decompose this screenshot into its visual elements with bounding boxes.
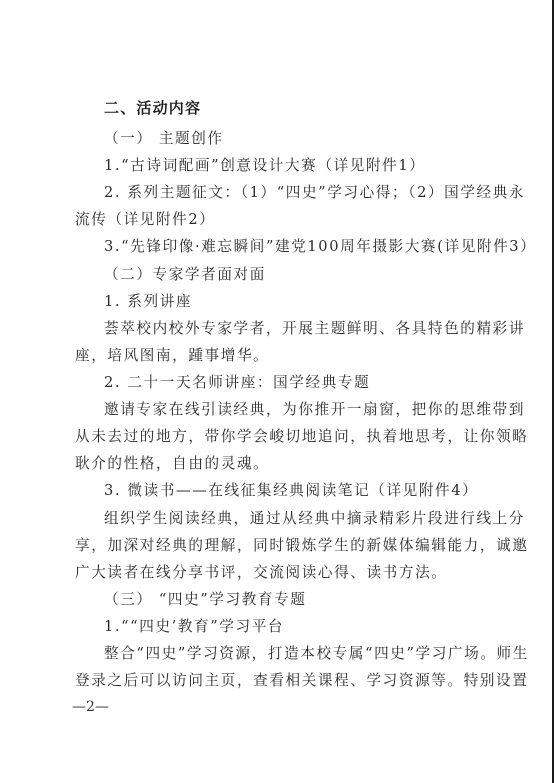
paragraph-line: 3. 微读书——在线征集经典阅读笔记（详见附件4） bbox=[104, 481, 478, 501]
paragraph-line: 邀请专家在线引读经典，为你推开一扇窗，把你的思维带到 bbox=[104, 400, 525, 420]
paragraph-line: 享，加深对经典的理解，同时锻炼学生的新媒体编辑能力，诚邀 bbox=[75, 536, 528, 556]
paragraph-line: 2. 系列主题征文：（1）“四史”学习心得；（2）国学经典永 bbox=[104, 183, 525, 203]
paragraph-line: 耿介的性格，自由的灵魂。 bbox=[75, 454, 269, 474]
paragraph-line: 荟萃校内校外专家学者，开展主题鲜明、各具特色的精彩讲 bbox=[104, 319, 525, 339]
paragraph-line: 2. 二十一天名师讲座：国学经典专题 bbox=[104, 373, 370, 393]
paragraph-line: 1.“古诗词配画”创意设计大赛（详见附件1） bbox=[104, 156, 425, 176]
paragraph-line: 1. 系列讲座 bbox=[104, 292, 192, 312]
paragraph-line: 3.“先锋印像·难忘瞬间”建党100周年摄影大赛(详见附件3） bbox=[104, 237, 536, 257]
paragraph-line: 座，培风图南，踵事增华。 bbox=[75, 346, 269, 366]
document-page: 二、活动内容 （一） 主题创作 1.“古诗词配画”创意设计大赛（详见附件1） 2… bbox=[0, 0, 554, 783]
paragraph-line: 登录之后可以访问主页，查看相关课程、学习资源等。特别设置 bbox=[75, 671, 528, 691]
paragraph-line: 1.““四史’教育”学习平台 bbox=[104, 617, 284, 637]
paragraph-line: 整合“四史”学习资源，打造本校专属“四史”学习广场。师生 bbox=[104, 644, 529, 664]
page-number: —2— bbox=[72, 699, 109, 715]
subsection-heading-2: （二）专家学者面对面 bbox=[104, 265, 266, 285]
section-heading: 二、活动内容 bbox=[104, 98, 201, 118]
paragraph-line: 组织学生阅读经典，通过从经典中摘录精彩片段进行线上分 bbox=[104, 509, 525, 529]
paragraph-line: 从未去过的地方，带你学会峻切地追问，执着地思考，让你领略 bbox=[75, 427, 528, 447]
paragraph-line: 流传（详见附件2） bbox=[75, 210, 215, 230]
paragraph-line: 广大读者在线分享书评，交流阅读心得、读书方法。 bbox=[75, 563, 447, 583]
subsection-heading-1: （一） 主题创作 bbox=[104, 129, 224, 149]
subsection-heading-3: （三） “四史”学习教育专题 bbox=[104, 590, 307, 610]
